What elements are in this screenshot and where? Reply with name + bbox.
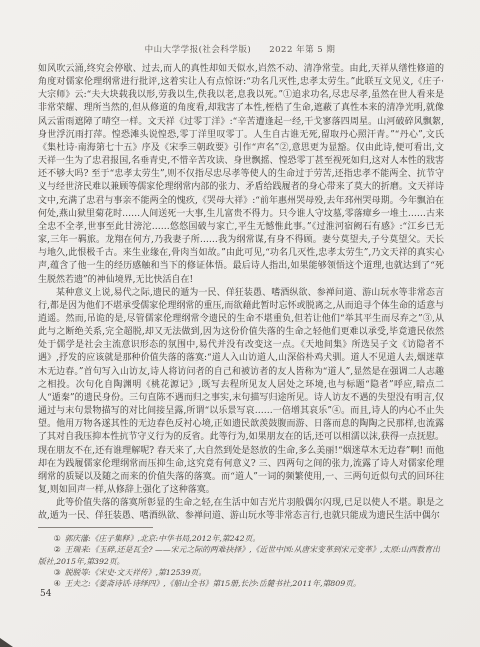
- footnote-text: 郭庆藩:《庄子集释》,北京:中华书局,2012年,第242页。: [65, 534, 261, 543]
- footnote-text: 王瑞来:《玉碎,还是瓦全? ——宋元之际的两难抉择》,《近世中国:从唐宋变革到宋…: [38, 545, 440, 565]
- page-number: 54: [40, 589, 51, 599]
- running-head: 中山大学学报(社会科学版) 2022 年第 5 期: [0, 43, 480, 55]
- footnote-item: ①郭庆藩:《庄子集释》,北京:中华书局,2012年,第242页。: [38, 533, 440, 544]
- footnote-marker: ①: [54, 534, 61, 543]
- scanned-journal-page: 中山大学学报(社会科学版) 2022 年第 5 期 如风吹云涌,终究会停歇、过去…: [0, 0, 480, 647]
- body-paragraph: 某种意义上说,易代之际,遗民的遁为一民、佯狂装愚、嗜酒纵欲、参禅问道、游山玩水等…: [38, 287, 444, 498]
- footnote-item: ③脱脱等:《宋史·文天祥传》,第12539页。: [38, 567, 440, 578]
- footnote-marker: ②: [54, 545, 61, 554]
- footnote-marker: ④: [54, 579, 61, 588]
- footnote-marker: ③: [54, 568, 61, 577]
- scan-corner-artifact: [0, 638, 13, 647]
- body-paragraph: 此等价值失落的落寞所彰显的生命之轻,在生活中如吉光片羽般偶尔闪现,已足以使人不堪…: [38, 497, 444, 523]
- article-body: 如风吹云涌,终究会停歇、过去,而人的真性却如天似水,岿然不动、清净常莹。由此,天…: [38, 63, 444, 523]
- footnote-divider: [38, 527, 153, 528]
- body-paragraph: 如风吹云涌,终究会停歇、过去,而人的真性却如天似水,岿然不动、清净常莹。由此,天…: [38, 63, 444, 287]
- footnote-item: ②王瑞来:《玉碎,还是瓦全? ——宋元之际的两难抉择》,《近世中国:从唐宋变革到…: [38, 544, 440, 567]
- footnotes-section: ①郭庆藩:《庄子集释》,北京:中华书局,2012年,第242页。 ②王瑞来:《玉…: [38, 527, 440, 589]
- footnote-item: ④王夫之:《姜斋诗话·诗绎四》,《船山全书》第15册,长沙:岳麓书社,2011年…: [38, 578, 440, 589]
- footnote-text: 王夫之:《姜斋诗话·诗绎四》,《船山全书》第15册,长沙:岳麓书社,2011年,…: [65, 579, 361, 588]
- journal-title-issue: 中山大学学报(社会科学版) 2022 年第 5 期: [145, 45, 336, 55]
- footnote-text: 脱脱等:《宋史·文天祥传》,第12539页。: [65, 568, 207, 577]
